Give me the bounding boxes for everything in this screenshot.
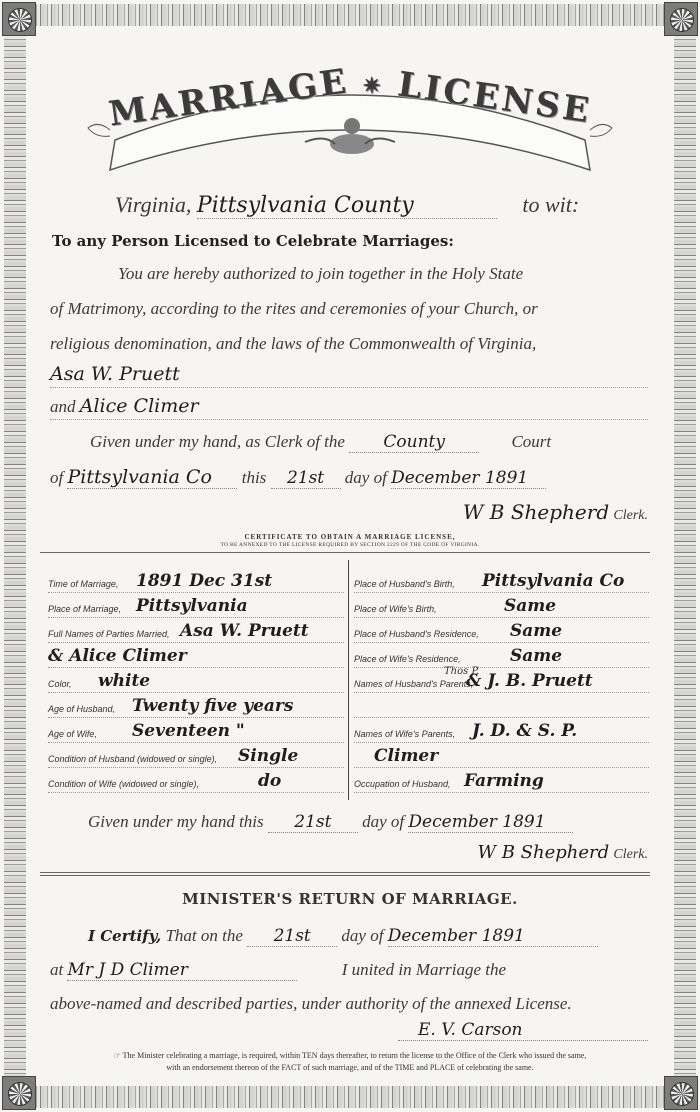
border-right (674, 36, 696, 1076)
field-place-of-marriage: Place of Marriage,Pittsylvania (48, 593, 344, 618)
body-line-3: religious denomination, and the laws of … (50, 334, 648, 354)
field-occupation-of-husband: Occupation of Husband,Farming (354, 768, 649, 793)
of-label: of (50, 468, 63, 487)
corner-rosette-icon (2, 1076, 36, 1110)
footnote-line-1: ☞ The Minister celebrating a marriage, i… (40, 1050, 660, 1062)
corner-rosette-icon (2, 2, 36, 36)
field-husband-parents: Names of Husband's Parents,Thos P.& J. B… (354, 668, 649, 693)
marriage-place-value: Mr J D Climer (67, 960, 297, 981)
bride-name: Alice Climer (80, 395, 199, 417)
state-label: Virginia, (115, 192, 191, 217)
field-wife-parents-cont: Climer (354, 743, 649, 768)
corner-rosette-icon (664, 1076, 698, 1110)
field-wife-parents: Names of Wife's Parents,J. D. & S. P. (354, 718, 649, 743)
and-label: and (50, 397, 76, 416)
closing-line: above-named and described parties, under… (50, 994, 648, 1014)
field-full-names: Full Names of Parties Married,Asa W. Pru… (48, 618, 344, 643)
court-type-value: County (349, 432, 479, 453)
cert-clerk-signature: W B Shepherd (477, 842, 609, 863)
field-age-of-husband: Age of Husband,Twenty five years (48, 693, 344, 718)
minister-return-title: MINISTER'S RETURN OF MARRIAGE. (0, 890, 700, 908)
border-left (4, 36, 26, 1076)
border-top (34, 4, 666, 26)
field-wife-birth: Place of Wife's Birth,Same (354, 593, 649, 618)
minister-signature: E. V. Carson (398, 1020, 648, 1041)
column-divider (348, 560, 349, 800)
certificate-left-column: Time of Marriage,1891 Dec 31st Place of … (48, 568, 344, 793)
star-ornament-icon: ✷ (362, 73, 383, 99)
certificate-subtitle: TO BE ANNEXED TO THE LICENSE REQUIRED BY… (0, 542, 700, 548)
marriage-day-value: 21st (247, 926, 337, 947)
certificate-right-column: Place of Husband's Birth,Pittsylvania Co… (354, 568, 649, 793)
court-of-value: Pittsylvania Co (67, 466, 237, 489)
field-time-of-marriage: Time of Marriage,1891 Dec 31st (48, 568, 344, 593)
field-husband-residence: Place of Husband's Residence,Same (354, 618, 649, 643)
day-of-label: day of (345, 468, 387, 487)
that-on-label: That on the (165, 926, 242, 945)
certify-label: I Certify, (88, 927, 161, 945)
this-label: this (242, 468, 267, 487)
marriage-month-year-value: December 1891 (388, 926, 598, 947)
section-rule (40, 872, 650, 873)
certificate-title: CERTIFICATE TO OBTAIN A MARRIAGE LICENSE… (0, 533, 700, 541)
at-label: at (50, 960, 63, 979)
field-color: Color,white (48, 668, 344, 693)
clerk-label: Clerk. (613, 508, 648, 523)
cert-clerk-label: Clerk. (613, 847, 648, 862)
court-label: Court (511, 432, 551, 451)
field-age-of-wife: Age of Wife,Seventeen " (48, 718, 344, 743)
field-husband-parents-cont (354, 693, 649, 718)
united-label: I united in Marriage the (342, 960, 506, 979)
cert-given-day: 21st (268, 812, 358, 833)
border-bottom (34, 1086, 666, 1108)
cert-day-of-label: day of (362, 812, 404, 831)
field-condition-of-wife: Condition of Wife (widowed or single),do (48, 768, 344, 793)
footnote-line-2: with an endorsement thereon of the FACT … (40, 1062, 660, 1074)
license-day-value: 21st (271, 468, 341, 489)
cert-given-label: Given under my hand this (88, 812, 264, 831)
body-line-2: of Matrimony, according to the rites and… (50, 299, 648, 319)
section-rule-2 (40, 875, 650, 876)
field-wife-residence: Place of Wife's Residence,Same (354, 643, 649, 668)
to-wit-label: to wit: (522, 192, 579, 217)
clerk-signature: W B Shepherd (463, 500, 609, 524)
min-day-of-label: day of (341, 926, 383, 945)
footnote: ☞ The Minister celebrating a marriage, i… (40, 1050, 660, 1074)
certificate-top-rule (40, 552, 650, 553)
body-line-1: You are hereby authorized to join togeth… (118, 264, 648, 284)
corner-rosette-icon (664, 2, 698, 36)
field-condition-of-husband: Condition of Husband (widowed or single)… (48, 743, 344, 768)
field-full-names-cont: & Alice Climer (48, 643, 344, 668)
license-month-year-value: December 1891 (391, 468, 546, 489)
cert-given-month-year: December 1891 (408, 812, 573, 833)
field-husband-birth: Place of Husband's Birth,Pittsylvania Co (354, 568, 649, 593)
clerk-given-label: Given under my hand, as Clerk of the (90, 432, 345, 451)
cherub-ornament-icon (300, 112, 400, 162)
address-line: To any Person Licensed to Celebrate Marr… (52, 232, 648, 250)
county-value: Pittsylvania County (197, 193, 497, 219)
groom-name: Asa W. Pruett (50, 363, 180, 385)
